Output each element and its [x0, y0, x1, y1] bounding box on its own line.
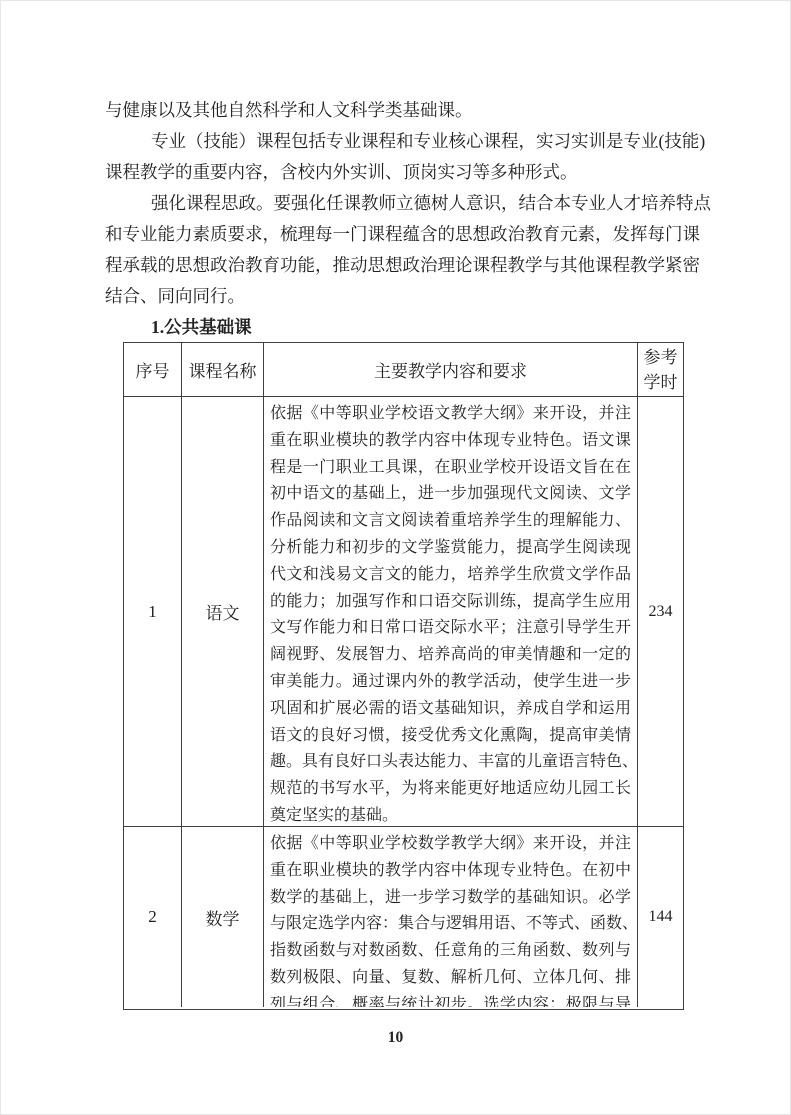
hours-value: 234: [649, 603, 673, 621]
paragraph-line: 强化课程思政。要强化任课教师立德树人意识，结合本专业人才培养特点: [105, 188, 690, 219]
content-line: 依据《中等职业学校语文教学大纲》来开设，并注: [270, 401, 631, 428]
reference-hours: 144: [638, 827, 683, 1007]
course-name: 数学: [182, 827, 264, 1007]
page-number: 10: [0, 1029, 791, 1047]
content-line: 数学的基础上，进一步学习数学的基础知识。必学: [270, 885, 631, 912]
content-line: 巩固和扩展必需的语文基础知识，养成自学和运用: [270, 696, 631, 723]
content-line: 重在职业模块的教学内容中体现专业特色。语文课: [270, 428, 631, 455]
table-header-row: 序号 课程名称 主要教学内容和要求 参考 学时: [124, 343, 683, 397]
header-hours-line2: 学时: [644, 370, 678, 395]
paragraph: 专业（技能）课程包括专业课程和专业核心课程，实习实训是专业(技能) 课程教学的重…: [105, 126, 690, 188]
content-line: 文写作能力和日常口语交际水平；注意引导学生开: [270, 615, 631, 642]
content-line: 与限定选学内容：集合与逻辑用语、不等式、函数、: [270, 911, 631, 938]
paragraph-line: 专业（技能）课程包括专业课程和专业核心课程，实习实训是专业(技能): [105, 126, 690, 157]
table-row-chinese: 1 语文 依据《中等职业学校语文教学大纲》来开设，并注 重在职业模块的教学内容中…: [124, 397, 683, 827]
content-line: 分析能力和初步的文学鉴赏能力，提高学生阅读现: [270, 535, 631, 562]
content-line: 审美能力。通过课内外的教学活动，使学生进一步: [270, 669, 631, 696]
document-body-text: 与健康以及其他自然科学和人文科学类基础课。 专业（技能）课程包括专业课程和专业核…: [105, 95, 690, 343]
content-line: 趣。具有良好口头表达能力、丰富的儿童语言特色、: [270, 749, 631, 776]
content-line: 奠定坚实的基础。: [270, 803, 631, 830]
content-line: 重在职业模块的教学内容中体现专业特色。在初中: [270, 858, 631, 885]
content-line: 指数函数与对数函数、任意角的三角函数、数列与: [270, 938, 631, 965]
course-content: 依据《中等职业学校数学教学大纲》来开设，并注 重在职业模块的教学内容中体现专业特…: [264, 827, 638, 1007]
paragraph-line: 和专业能力素质要求，梳理每一门课程蕴含的思想政治教育元素，发挥每门课: [105, 219, 690, 250]
content-line: 依据《中等职业学校数学教学大纲》来开设，并注: [270, 831, 631, 858]
header-hours-line1: 参考: [644, 345, 678, 370]
header-cell-hours: 参考 学时: [638, 343, 683, 396]
paragraph-line: 结合、同向同行。: [105, 281, 690, 312]
content-line: 初中语文的基础上，进一步加强现代文阅读、文学: [270, 481, 631, 508]
paragraph-line: 与健康以及其他自然科学和人文科学类基础课。: [105, 95, 690, 126]
paragraph: 与健康以及其他自然科学和人文科学类基础课。: [105, 95, 690, 126]
content-line: 数列极限、向量、复数、解析几何、立体几何、排: [270, 965, 631, 992]
row-number: 2: [124, 827, 182, 1007]
content-line: 的能力；加强写作和口语交际训练，提高学生应用: [270, 589, 631, 616]
content-line: 作品阅读和文言文阅读着重培养学生的理解能力、: [270, 508, 631, 535]
paragraph-line: 程承载的思想政治教育功能，推动思想政治理论课程教学与其他课程教学紧密: [105, 250, 690, 281]
hours-value: 144: [649, 908, 673, 926]
content-line: 语文的良好习惯，接受优秀文化熏陶，提高审美情: [270, 723, 631, 750]
reference-hours: 234: [638, 397, 683, 826]
section-heading: 1.公共基础课: [105, 312, 690, 343]
header-cell-course-name: 课程名称: [182, 343, 264, 396]
content-line: 列与组合、概率与统计初步。选学内容：极限与导: [270, 992, 631, 1007]
course-content: 依据《中等职业学校语文教学大纲》来开设，并注 重在职业模块的教学内容中体现专业特…: [264, 397, 638, 826]
paragraph-line: 课程教学的重要内容，含校内外实训、顶岗实习等多种形式。: [105, 157, 690, 188]
row-number: 1: [124, 397, 182, 826]
content-line: 代文和浅易文言文的能力，培养学生欣赏文学作品: [270, 562, 631, 589]
course-table: 序号 课程名称 主要教学内容和要求 参考 学时 1 语文 依据《中等职业学校语文…: [123, 342, 684, 1010]
course-name: 语文: [182, 397, 264, 826]
header-cell-number: 序号: [124, 343, 182, 396]
header-cell-content: 主要教学内容和要求: [264, 343, 638, 396]
content-line: 阔视野、发展智力、培养高尚的审美情趣和一定的: [270, 642, 631, 669]
content-line: 程是一门职业工具课，在职业学校开设语文旨在在: [270, 455, 631, 482]
content-line: 规范的书写水平，为将来能更好地适应幼儿园工长: [270, 776, 631, 803]
table-row-math: 2 数学 依据《中等职业学校数学教学大纲》来开设，并注 重在职业模块的教学内容中…: [124, 827, 683, 1007]
paragraph: 强化课程思政。要强化任课教师立德树人意识，结合本专业人才培养特点 和专业能力素质…: [105, 188, 690, 312]
